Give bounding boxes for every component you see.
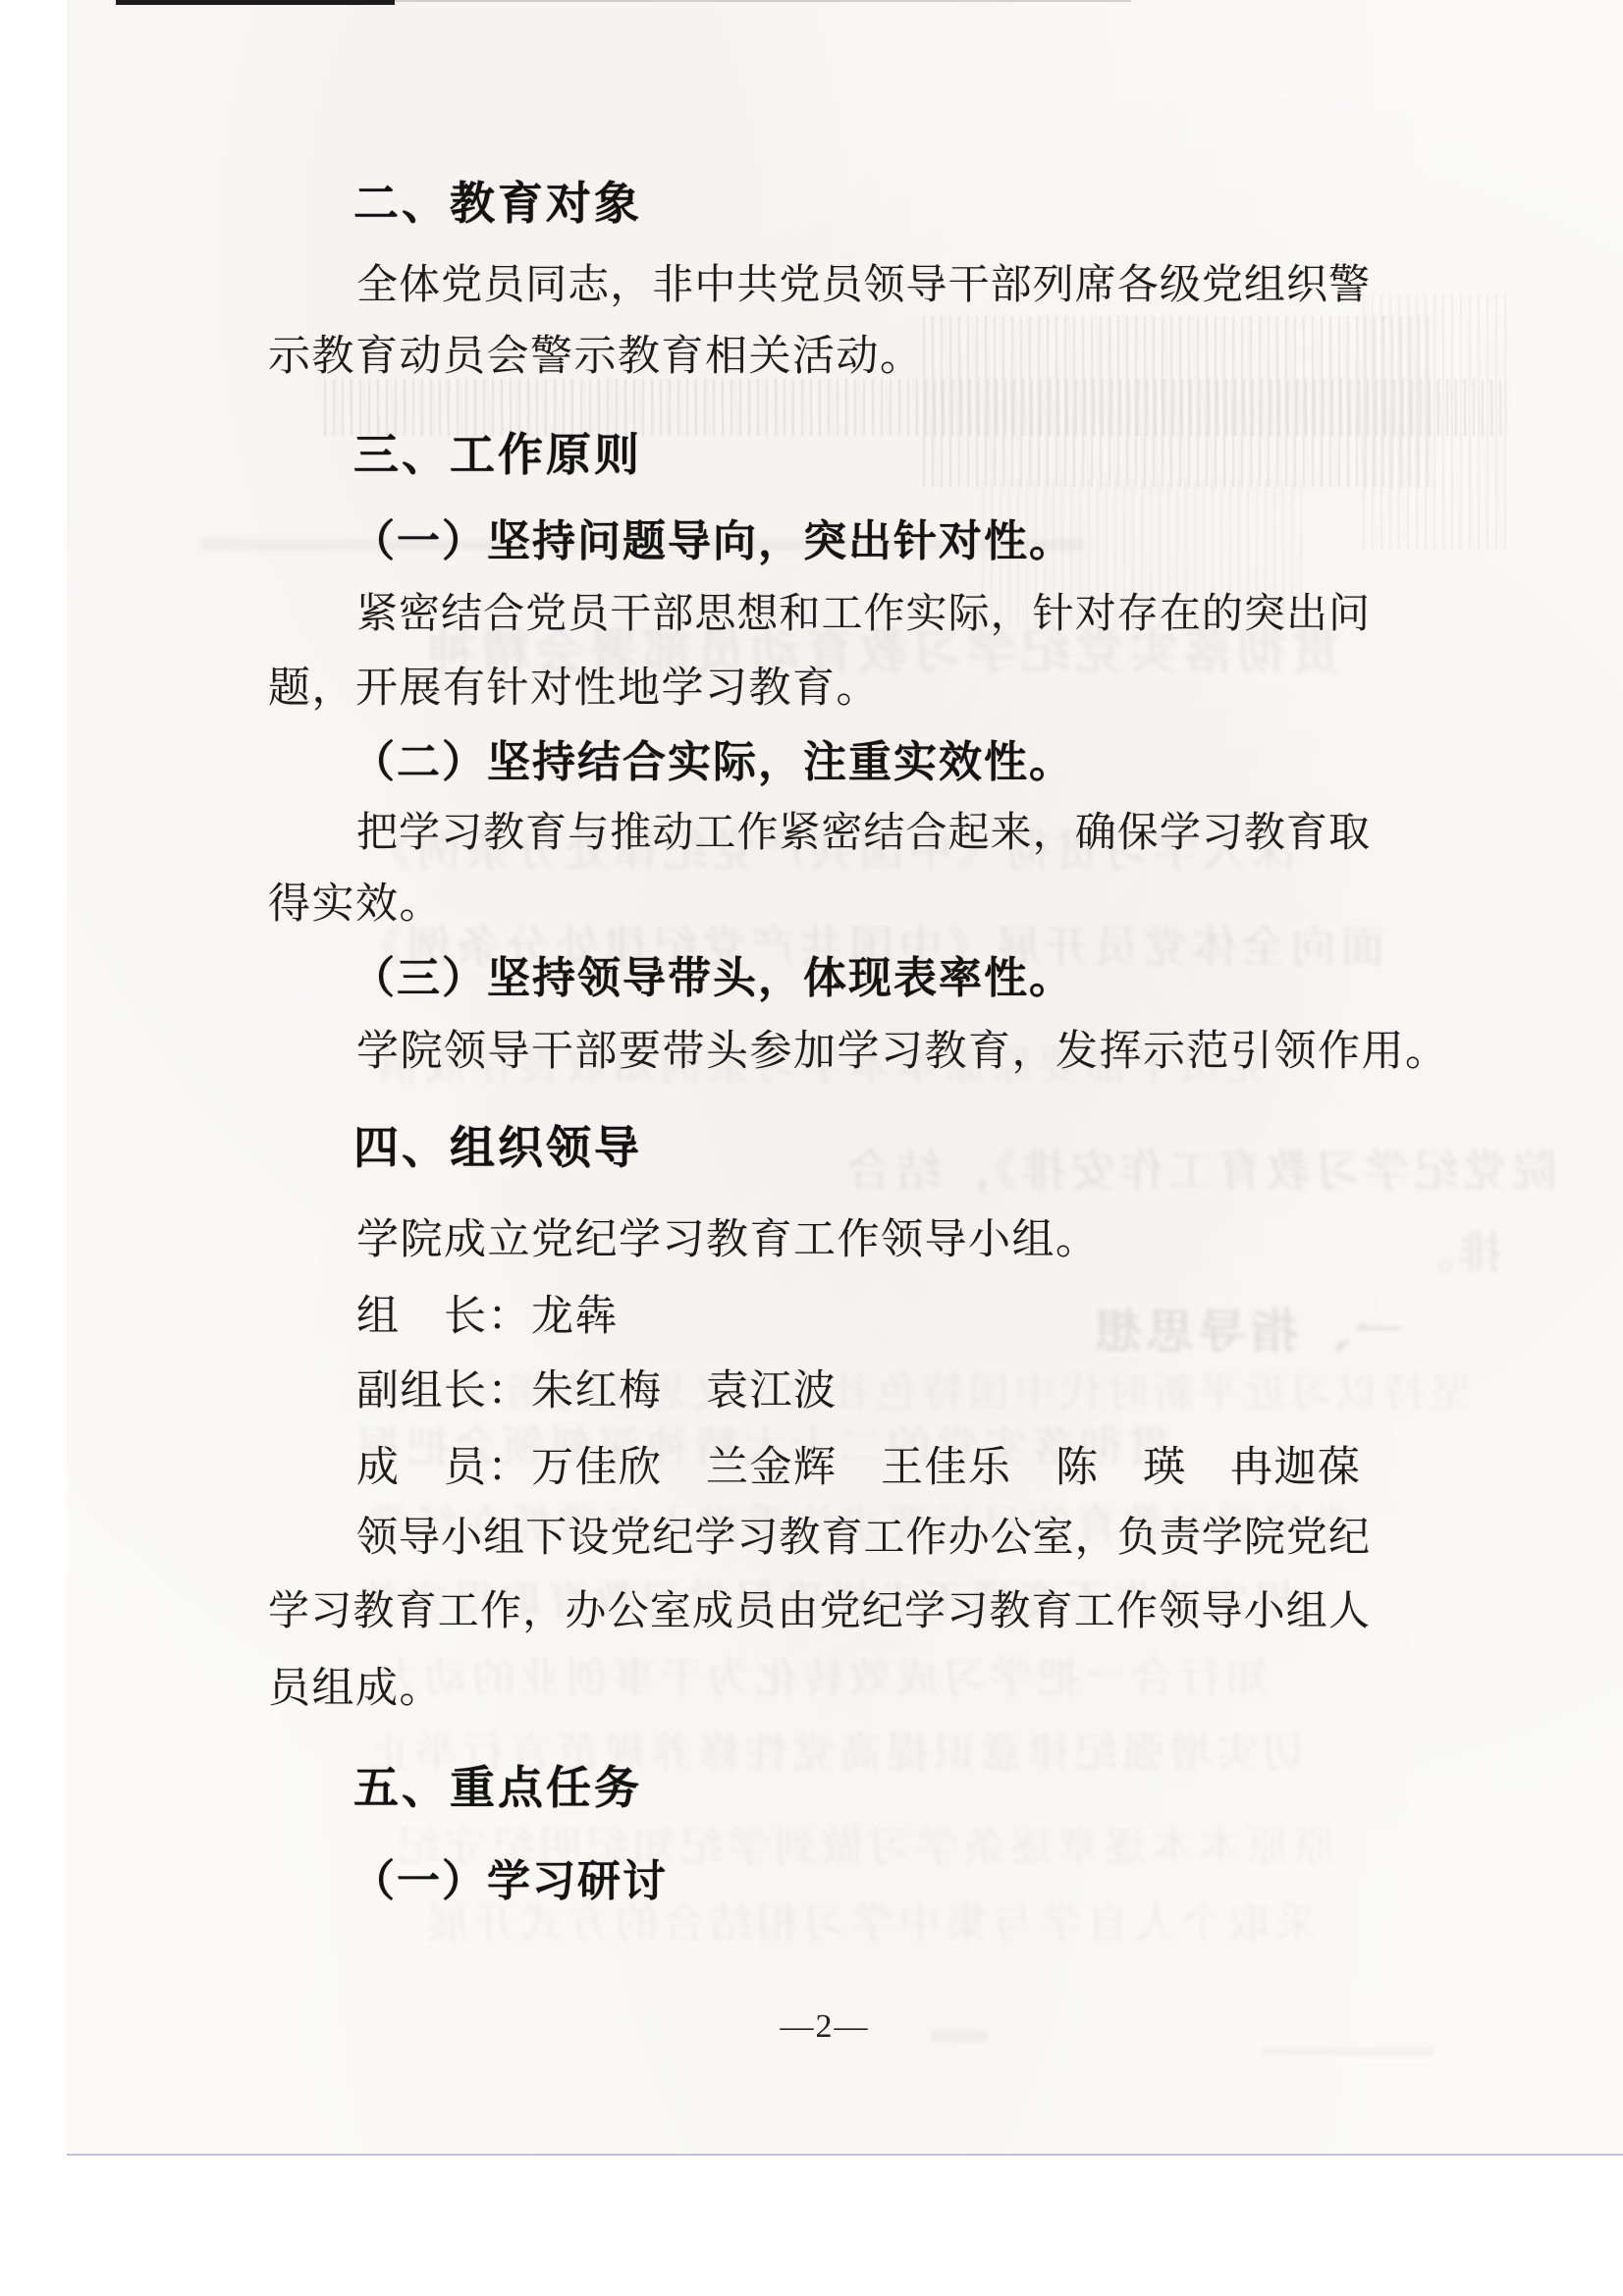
sub-heading: （一）学习研讨 [352,1856,668,1908]
ghost-bleedthrough-text: 院党纪学习教育工作安排》，结合 [842,1135,1557,1199]
text-line: 把学习教育与推动工作紧密结合起来，确保学习教育取 [356,809,1370,858]
text-line: 领导小组下设党纪学习教育工作办公室，负责学院党纪 [356,1514,1370,1563]
sub-heading: （二）坚持结合实际，注重实效性。 [352,737,1074,789]
sub-heading: （一）坚持问题导向，突出针对性。 [352,516,1074,568]
text-line: 成 员：万佳欣 兰金辉 王佳乐 陈 瑛 冉迦葆 [356,1443,1362,1494]
ghost-bleedthrough-text: 排。 [1404,1217,1502,1281]
section-heading: 四、组织领导 [353,1121,642,1175]
text-line: 示教育动员会警示教育相关活动。 [268,332,924,383]
section-heading: 三、工作原则 [353,428,642,482]
scanner-edge-line [116,0,395,5]
scan-smudge [931,2030,988,2042]
text-line: 学院成立党纪学习教育工作领导小组。 [356,1215,1100,1266]
ghost-bleedthrough-text: 一、指导思想 [1090,1294,1402,1362]
text-line: 员组成。 [268,1664,443,1715]
page-number: —2— [746,2008,903,2046]
text-line: 学习教育工作，办公室成员由党纪学习教育工作领导小组人 [268,1587,1370,1636]
text-line: 题，开展有针对性地学习教育。 [268,664,880,715]
sub-heading: （三）坚持领导带头，体现表率性。 [352,953,1074,1005]
scan-smudge [1363,294,1510,550]
section-heading: 二、教育对象 [353,177,642,231]
text-line: 组 长：龙犇 [356,1292,619,1343]
scanned-document-page: 贯彻落实党纪学习教育动员部署会精神深入学习贯彻《中国共产党纪律处分条例》面向全体… [0,0,1623,2296]
text-line: 得实效。 [268,880,443,931]
text-line: 副组长：朱红梅 袁江波 [356,1366,838,1417]
text-line: 学院领导干部要带头参加学习教育，发挥示范引领作用。 [356,1027,1449,1078]
scanner-edge-line-faint [395,0,1131,2]
paper-bottom-edge [67,2154,1623,2156]
text-line: 全体党员同志，非中共党员领导干部列席各级党组织警 [356,261,1370,310]
text-line: 紧密结合党员干部思想和工作实际，针对存在的突出问 [356,590,1370,639]
scan-smudge [1262,2048,1434,2056]
ghost-bleedthrough-text: 知行合一把学习成效转化为干事创业的动力 [373,1645,1269,1705]
section-heading: 五、重点任务 [353,1761,642,1815]
